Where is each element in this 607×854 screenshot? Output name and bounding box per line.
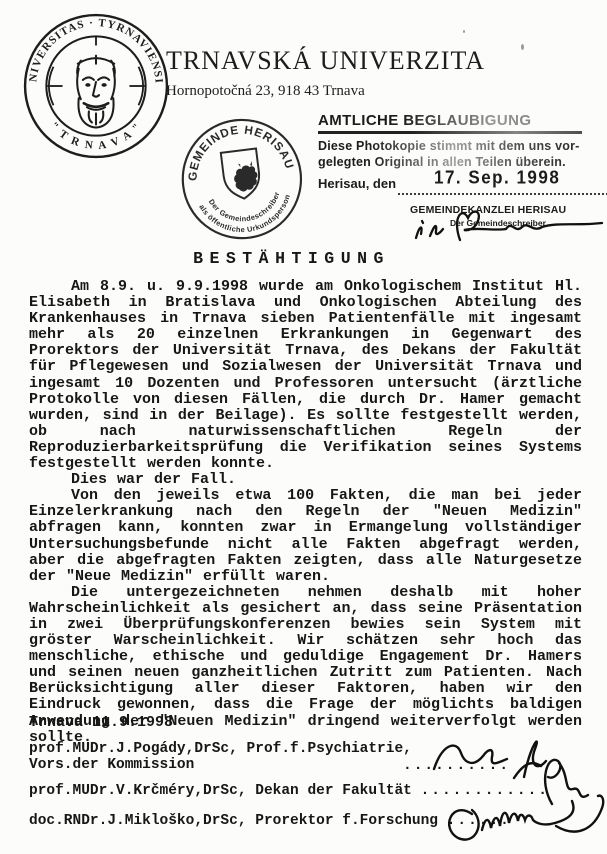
scanned-document: UNIVERSITAS · TYRNAVIENSIS " T R N A V A… [0, 0, 607, 854]
signature-miklosko [436, 786, 607, 854]
stamp-title: AMTLICHE BEGLAUBIGUNG [318, 112, 602, 129]
signatory-row: prof.MUDr.J.Pogády,DrSc, Prof.f.Psychiat… [29, 741, 412, 773]
scan-artifact [463, 30, 465, 33]
signatory-name: doc.RNDr.J.Mikloško,DrSc, Prorektor f.Fo… [29, 813, 438, 829]
university-name: TRNAVSKÁ UNIVERZITA [166, 46, 485, 76]
letterhead: TRNAVSKÁ UNIVERZITA Hornopotočná 23, 918… [166, 46, 485, 100]
document-title: BESTÄHTIGUNG [0, 249, 583, 268]
signatory-name: prof.MUDr.V.Krčméry,DrSc, Dekan der Faku… [29, 783, 412, 799]
stamp-body-line-1: Diese Photokopie stimmt mit dem uns vor- [318, 139, 602, 155]
herisau-municipal-seal-icon: GEMEINDE HERISAU als öffentliche Urkunds… [170, 107, 313, 254]
signature-gemeindeschreiber [408, 196, 607, 252]
university-seal-icon: UNIVERSITAS · TYRNAVIENSIS " T R N A V A… [20, 10, 172, 162]
date-line [398, 193, 607, 195]
document-body: Am 8.9. u. 9.9.1998 wurde am Onkologisch… [29, 279, 582, 746]
body-paragraph: Am 8.9. u. 9.9.1998 wurde am Onkologisch… [29, 279, 582, 472]
seal-face [77, 56, 115, 128]
university-address: Hornopotočná 23, 918 43 Trnava [166, 83, 485, 100]
body-paragraph: Dies war der Fall. [29, 472, 582, 488]
signatory-name: prof.MUDr.J.Pogády,DrSc, Prof.f.Psychiat… [29, 741, 412, 757]
signatory-role: Vors.der Kommission [29, 757, 412, 773]
seal-nimbus [47, 36, 144, 105]
date-stamp: 17. Sep. 1998 [434, 167, 560, 189]
stamp-place-label: Herisau, den [318, 176, 396, 191]
stamp-underline [318, 131, 582, 134]
place-date-line: Trnava 11.9.1998 [29, 714, 173, 731]
stamp-date-row: Herisau, den 17. Sep. 1998 [318, 176, 602, 197]
body-paragraph: Von den jeweils etwa 100 Fakten, die man… [29, 488, 582, 585]
scan-artifact [521, 44, 524, 50]
